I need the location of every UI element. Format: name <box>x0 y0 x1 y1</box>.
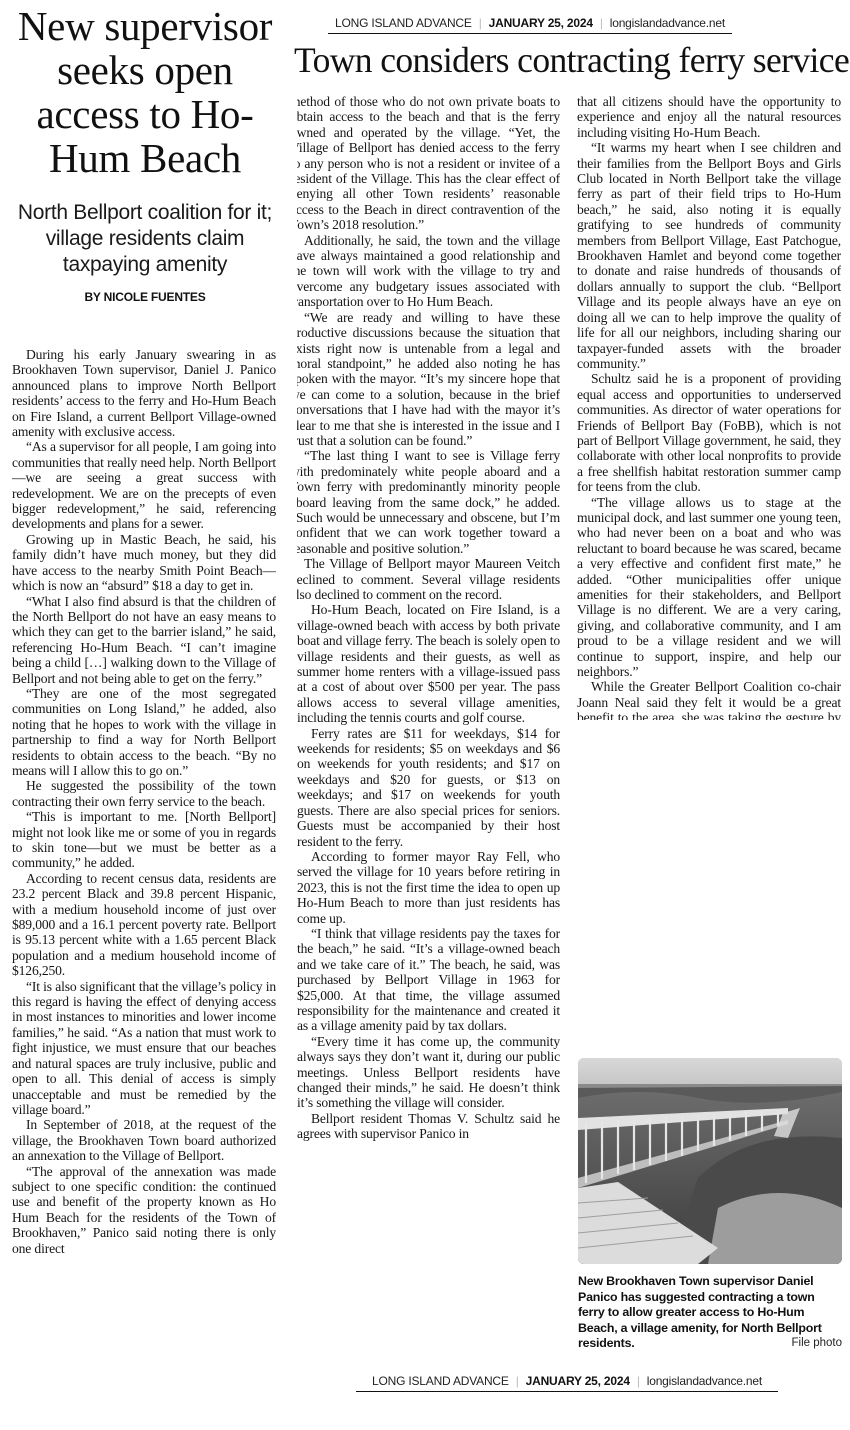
website-link[interactable]: longislandadvance.net <box>647 1374 762 1388</box>
paragraph: “It warms my heart when I see children a… <box>577 140 841 371</box>
website-link[interactable]: longislandadvance.net <box>610 16 725 30</box>
article-column-1: During his early January swearing in as … <box>12 347 276 1427</box>
paragraph: “What I also find absurd is that the chi… <box>12 594 276 686</box>
paragraph: “The village allows us to stage at the m… <box>577 495 841 680</box>
paragraph: According to former mayor Ray Fell, who … <box>297 849 560 926</box>
paragraph: “The last thing I want to see is Village… <box>297 448 560 556</box>
paragraph: method of those who do not own private b… <box>297 94 560 233</box>
paragraph: Ferry rates are $11 for weekdays, $14 fo… <box>297 726 560 849</box>
article-column-2: method of those who do not own private b… <box>297 94 560 1346</box>
paragraph: “I think that village residents pay the … <box>297 926 560 1034</box>
paragraph: “The approval of the annexation was made… <box>12 1164 276 1256</box>
story-deck: North Bellport coalition for it; village… <box>10 200 280 278</box>
issue-date: JANUARY 25, 2024 <box>526 1374 630 1388</box>
publication-name: LONG ISLAND ADVANCE <box>335 16 472 30</box>
divider: | <box>479 16 482 30</box>
folio-header: LONG ISLAND ADVANCE|JANUARY 25, 2024|lon… <box>328 16 732 34</box>
issue-date: JANUARY 25, 2024 <box>489 16 593 30</box>
divider: | <box>600 16 603 30</box>
paragraph: “We are ready and willing to have these … <box>297 310 560 449</box>
byline: BY NICOLE FUENTES <box>10 290 280 304</box>
paragraph: While the Greater Bellport Coalition co-… <box>577 679 841 720</box>
paragraph: Ho-Hum Beach, located on Fire Island, is… <box>297 602 560 725</box>
photo-illustration <box>578 1058 842 1264</box>
paragraph: According to recent census data, residen… <box>12 871 276 979</box>
paragraph: “It is also significant that the village… <box>12 979 276 1118</box>
paragraph: “This is important to me. [North Bellpor… <box>12 809 276 871</box>
paragraph: Schultz said he is a proponent of provid… <box>577 371 841 494</box>
boardwalk-photo <box>578 1058 842 1264</box>
article-column-3: that all citizens should have the opport… <box>577 94 841 720</box>
paragraph: During his early January swearing in as … <box>12 347 276 439</box>
paragraph: He suggested the possibility of the town… <box>12 778 276 809</box>
paragraph: Bellport resident Thomas V. Schultz said… <box>297 1111 560 1142</box>
photo-credit: File photo <box>760 1337 842 1349</box>
paragraph: Growing up in Mastic Beach, he said, his… <box>12 532 276 594</box>
publication-name: LONG ISLAND ADVANCE <box>372 1374 509 1388</box>
paragraph: “They are one of the most segregated com… <box>12 686 276 778</box>
paragraph: In September of 2018, at the request of … <box>12 1117 276 1163</box>
paragraph: “Every time it has come up, the communit… <box>297 1034 560 1111</box>
divider: | <box>516 1374 519 1388</box>
story-headline: New supervisor seeks open access to Ho-H… <box>6 4 284 180</box>
paragraph: that all citizens should have the opport… <box>577 94 841 140</box>
paragraph: Additionally, he said, the town and the … <box>297 233 560 310</box>
page-title: Town considers contracting ferry service <box>294 40 846 80</box>
paragraph: “As a supervisor for all people, I am go… <box>12 439 276 531</box>
divider: | <box>637 1374 640 1388</box>
paragraph: The Village of Bellport mayor Maureen Ve… <box>297 556 560 602</box>
folio-footer: LONG ISLAND ADVANCE|JANUARY 25, 2024|lon… <box>356 1374 778 1392</box>
